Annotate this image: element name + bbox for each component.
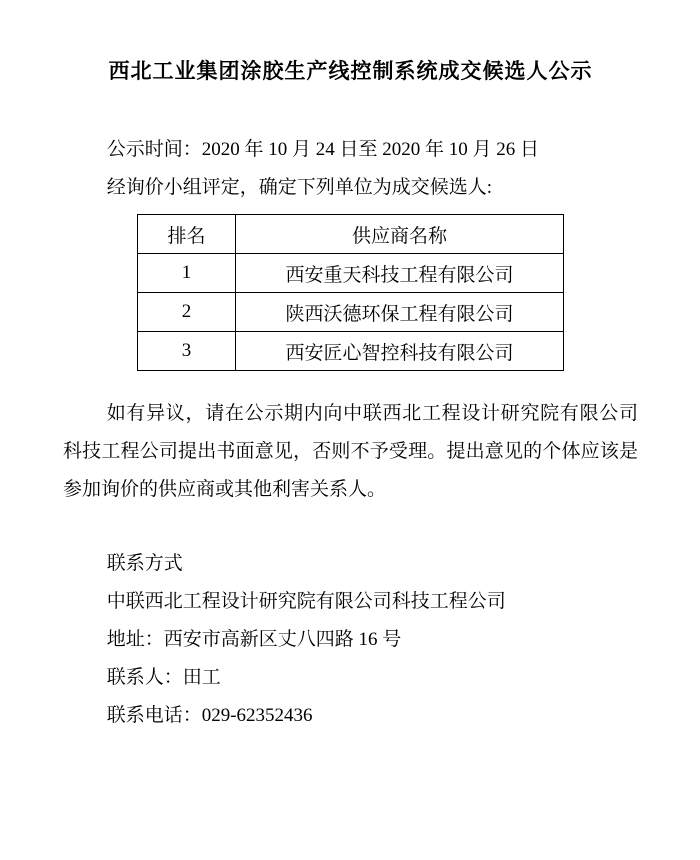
intro-section: 公示时间：2020 年 10 月 24 日至 2020 年 10 月 26 日 … — [63, 131, 638, 207]
table-row: 2 陕西沃德环保工程有限公司 — [138, 293, 564, 332]
objection-paragraph: 如有异议，请在公示期内向中联西北工程设计研究院有限公司科技工程公司提出书面意见，… — [63, 395, 638, 509]
table-header-row: 排名 供应商名称 — [138, 215, 564, 254]
rank-cell: 2 — [138, 293, 236, 332]
notice-document-page: 西北工业集团涂胶生产线控制系统成交候选人公示 公示时间：2020 年 10 月 … — [0, 0, 700, 860]
supplier-cell: 陕西沃德环保工程有限公司 — [236, 293, 564, 332]
document-title: 西北工业集团涂胶生产线控制系统成交候选人公示 — [63, 56, 638, 86]
contact-heading: 联系方式 — [63, 545, 638, 583]
rank-cell: 3 — [138, 332, 236, 371]
supplier-cell: 西安匠心智控科技有限公司 — [236, 332, 564, 371]
rank-column-header: 排名 — [138, 215, 236, 254]
table-row: 1 西安重天科技工程有限公司 — [138, 254, 564, 293]
evaluation-result-line: 经询价小组评定，确定下列单位为成交候选人: — [63, 169, 638, 207]
supplier-column-header: 供应商名称 — [236, 215, 564, 254]
supplier-cell: 西安重天科技工程有限公司 — [236, 254, 564, 293]
contact-address: 地址：西安市高新区丈八四路 16 号 — [63, 621, 638, 659]
candidates-table: 排名 供应商名称 1 西安重天科技工程有限公司 2 陕西沃德环保工程有限公司 3… — [137, 214, 564, 371]
contact-phone: 联系电话：029-62352436 — [63, 697, 638, 735]
contact-section: 联系方式 中联西北工程设计研究院有限公司科技工程公司 地址：西安市高新区丈八四路… — [63, 545, 638, 735]
publicity-period-line: 公示时间：2020 年 10 月 24 日至 2020 年 10 月 26 日 — [63, 131, 638, 169]
contact-company: 中联西北工程设计研究院有限公司科技工程公司 — [63, 583, 638, 621]
rank-cell: 1 — [138, 254, 236, 293]
contact-person: 联系人：田工 — [63, 659, 638, 697]
table-row: 3 西安匠心智控科技有限公司 — [138, 332, 564, 371]
